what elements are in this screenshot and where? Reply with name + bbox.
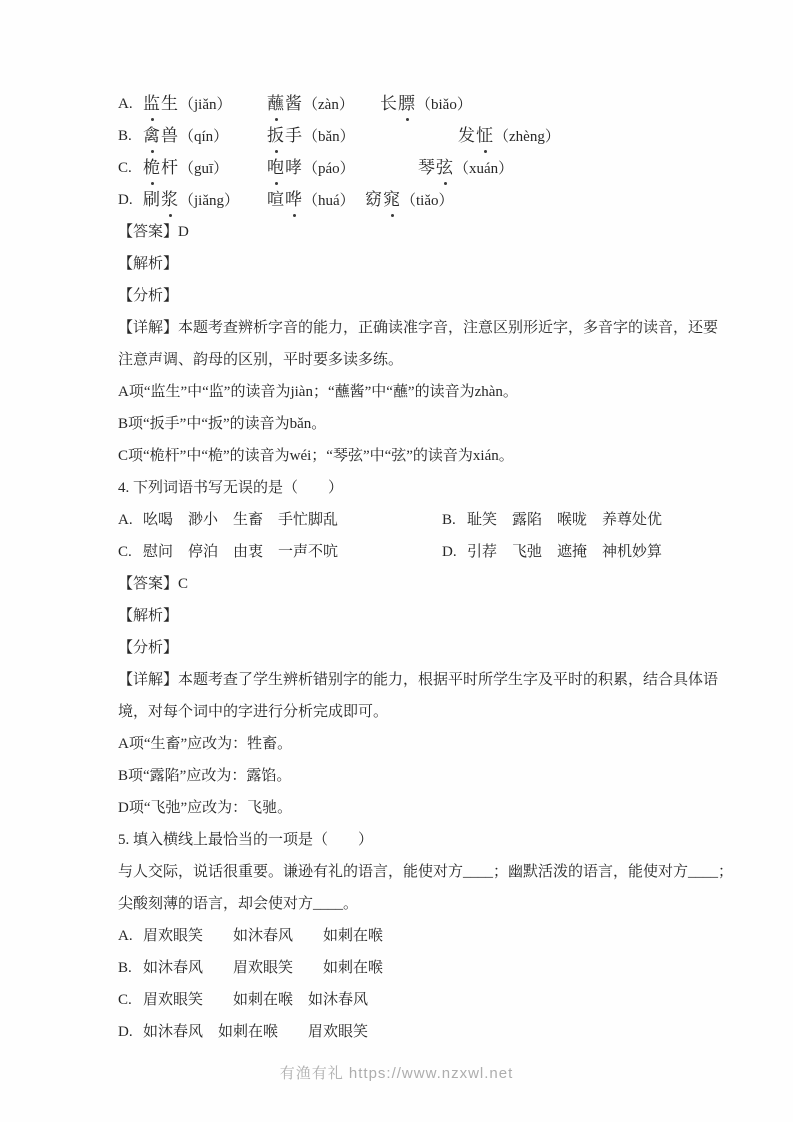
q5-option-a-words: 眉欢眼笑 如沐春风 如刺在喉 (143, 920, 383, 952)
word-with-pinyin: 琴弦（xuán） (418, 152, 513, 185)
word-pre: 刷 (143, 190, 161, 209)
option-label: C. (118, 536, 132, 568)
word-emph: 窕 (383, 184, 401, 216)
q3-fenxi-line: 【分析】 (0, 280, 793, 312)
word-emph: 咆 (267, 152, 285, 184)
exam-document-page: A. 监生（jiǎn） 蘸酱（zàn） 长膘（biǎo） B. 禽兽（qín） … (0, 0, 793, 1122)
q3-option-a: A. 监生（jiǎn） 蘸酱（zàn） 长膘（biǎo） (0, 88, 793, 120)
q4-detail-line-4: B项“露陷”应改为：露馅。 (0, 760, 793, 792)
q3-jiexi-line: 【解析】 (0, 248, 793, 280)
word-emph: 蘸 (267, 88, 285, 120)
option-label: A. (118, 504, 133, 536)
footer-link[interactable]: 有渔有礼 https://www.nzxwl.net (280, 1065, 514, 1082)
pinyin: （biǎo） (416, 97, 472, 113)
option-label: D. (442, 536, 457, 568)
q5-body-line-2: 尖酸刻薄的语言，却会使对方____。 (0, 888, 793, 920)
word-post: 酱 (285, 94, 303, 113)
q5-option-d: D. 如沐春风 如刺在喉 眉欢眼笑 (0, 1016, 793, 1048)
word-emph: 膘 (398, 88, 416, 120)
q4-detail-line-2: 境，对每个词中的字进行分析完成即可。 (0, 696, 793, 728)
word-pre: 发 (458, 126, 476, 145)
pinyin: （huá） (303, 193, 355, 209)
word-emph: 禽 (143, 120, 161, 152)
word-with-pinyin: 扳手（bǎn） (267, 120, 355, 153)
q4-options-row-1: A. 吆喝 渺小 生畜 手忙脚乱 B. 耻笑 露陷 喉咙 养尊处优 (0, 504, 793, 536)
answer-label: 【答案】 (118, 576, 178, 592)
q4-option-c-words: 慰问 停泊 由衷 一声不吭 (143, 536, 338, 568)
q5-option-d-words: 如沐春风 如刺在喉 眉欢眼笑 (143, 1016, 368, 1048)
q4-detail-line-5: D项“飞弛”应改为：飞驰。 (0, 792, 793, 824)
option-label: B. (118, 120, 132, 152)
q5-body-line-1: 与人交际，说话很重要。谦逊有礼的语言，能使对方____；幽默活泼的语言，能使对方… (0, 856, 793, 888)
option-label: A. (118, 920, 133, 952)
pinyin: （guī） (179, 161, 228, 177)
word-pre: 窈 (365, 190, 383, 209)
option-label: B. (442, 504, 456, 536)
q4-options-row-2: C. 慰问 停泊 由衷 一声不吭 D. 引荐 飞弛 遮掩 神机妙算 (0, 536, 793, 568)
q3-detail-line-2: 注意声调、韵母的区别，平时要多读多练。 (0, 344, 793, 376)
word-with-pinyin: 监生（jiǎn） (143, 88, 232, 121)
pinyin: （jiǎng） (179, 193, 239, 209)
word-with-pinyin: 蘸酱（zàn） (267, 88, 354, 121)
word-emph: 扳 (267, 120, 285, 152)
word-with-pinyin: 喧哗（huá） (267, 184, 355, 217)
word-post: 生 (161, 94, 179, 113)
q3-detail-line-4: B项“扳手”中“扳”的读音为bǎn。 (0, 408, 793, 440)
jiexi-label: 【解析】 (118, 256, 178, 272)
jiexi-label: 【解析】 (118, 608, 178, 624)
q4-stem: 4. 下列词语书写无误的是（ ） (0, 472, 793, 504)
word-emph: 哗 (285, 184, 303, 216)
q4-answer-line: 【答案】C (0, 568, 793, 600)
pinyin: （qín） (179, 129, 228, 145)
answer-value: C (178, 576, 188, 592)
pinyin: （xuán） (454, 161, 513, 177)
q5-option-c-words: 眉欢眼笑 如刺在喉 如沐春风 (143, 984, 368, 1016)
q4-fenxi-line: 【分析】 (0, 632, 793, 664)
q3-answer-line: 【答案】D (0, 216, 793, 248)
option-label: D. (118, 184, 133, 216)
pinyin: （zàn） (303, 97, 354, 113)
word-post: 手 (285, 126, 303, 145)
word-pre: 琴 (418, 158, 436, 177)
word-with-pinyin: 发怔（zhèng） (458, 120, 560, 153)
option-label: D. (118, 1016, 133, 1048)
word-emph: 浆 (161, 184, 179, 216)
q3-option-d: D. 刷浆（jiǎng） 喧哗（huá） 窈窕（tiǎo） (0, 184, 793, 216)
q4-detail-line-1: 【详解】本题考查了学生辨析错别字的能力，根据平时所学生字及平时的积累，结合具体语 (0, 664, 793, 696)
word-with-pinyin: 刷浆（jiǎng） (143, 184, 239, 217)
pinyin: （páo） (303, 161, 355, 177)
answer-value: D (178, 224, 189, 240)
pinyin: （jiǎn） (179, 97, 232, 113)
word-with-pinyin: 禽兽（qín） (143, 120, 228, 153)
word-emph: 弦 (436, 152, 454, 184)
option-label: A. (118, 88, 133, 120)
option-label: B. (118, 952, 132, 984)
q4-option-d-words: 引荐 飞弛 遮掩 神机妙算 (467, 536, 662, 568)
word-pre: 喧 (267, 190, 285, 209)
word-emph: 怔 (476, 120, 494, 152)
q4-jiexi-line: 【解析】 (0, 600, 793, 632)
q5-stem: 5. 填入横线上最恰当的一项是（ ） (0, 824, 793, 856)
q4-option-b-words: 耻笑 露陷 喉咙 养尊处优 (467, 504, 662, 536)
word-emph: 桅 (143, 152, 161, 184)
word-with-pinyin: 桅杆（guī） (143, 152, 228, 185)
option-label: C. (118, 152, 132, 184)
q3-detail-line-3: A项“监生”中“监”的读音为jiàn；“蘸酱”中“蘸”的读音为zhàn。 (0, 376, 793, 408)
word-pre: 长 (380, 94, 398, 113)
word-post: 兽 (161, 126, 179, 145)
pinyin: （zhèng） (494, 129, 560, 145)
word-post: 杆 (161, 158, 179, 177)
word-with-pinyin: 咆哮（páo） (267, 152, 355, 185)
q5-option-a: A. 眉欢眼笑 如沐春风 如刺在喉 (0, 920, 793, 952)
q5-option-c: C. 眉欢眼笑 如刺在喉 如沐春风 (0, 984, 793, 1016)
pinyin: （tiǎo） (401, 193, 454, 209)
word-with-pinyin: 长膘（biǎo） (380, 88, 472, 121)
word-with-pinyin: 窈窕（tiǎo） (365, 184, 454, 217)
q3-option-b: B. 禽兽（qín） 扳手（bǎn） 发怔（zhèng） (0, 120, 793, 152)
q4-detail-line-3: A项“生畜”应改为：牲畜。 (0, 728, 793, 760)
option-label: C. (118, 984, 132, 1016)
q3-detail-line-1: 【详解】本题考查辨析字音的能力，正确读准字音，注意区别形近字，多音字的读音，还要 (0, 312, 793, 344)
q3-option-c: C. 桅杆（guī） 咆哮（páo） 琴弦（xuán） (0, 152, 793, 184)
answer-label: 【答案】 (118, 224, 178, 240)
word-post: 哮 (285, 158, 303, 177)
fenxi-label: 【分析】 (118, 288, 178, 304)
q5-option-b: B. 如沐春风 眉欢眼笑 如刺在喉 (0, 952, 793, 984)
q3-detail-line-5: C项“桅杆”中“桅”的读音为wéi；“琴弦”中“弦”的读音为xián。 (0, 440, 793, 472)
fenxi-label: 【分析】 (118, 640, 178, 656)
pinyin: （bǎn） (303, 129, 355, 145)
word-emph: 监 (143, 88, 161, 120)
q5-option-b-words: 如沐春风 眉欢眼笑 如刺在喉 (143, 952, 383, 984)
watermark-footer: 有渔有礼 https://www.nzxwl.net (0, 1062, 793, 1083)
q4-option-a-words: 吆喝 渺小 生畜 手忙脚乱 (143, 504, 338, 536)
